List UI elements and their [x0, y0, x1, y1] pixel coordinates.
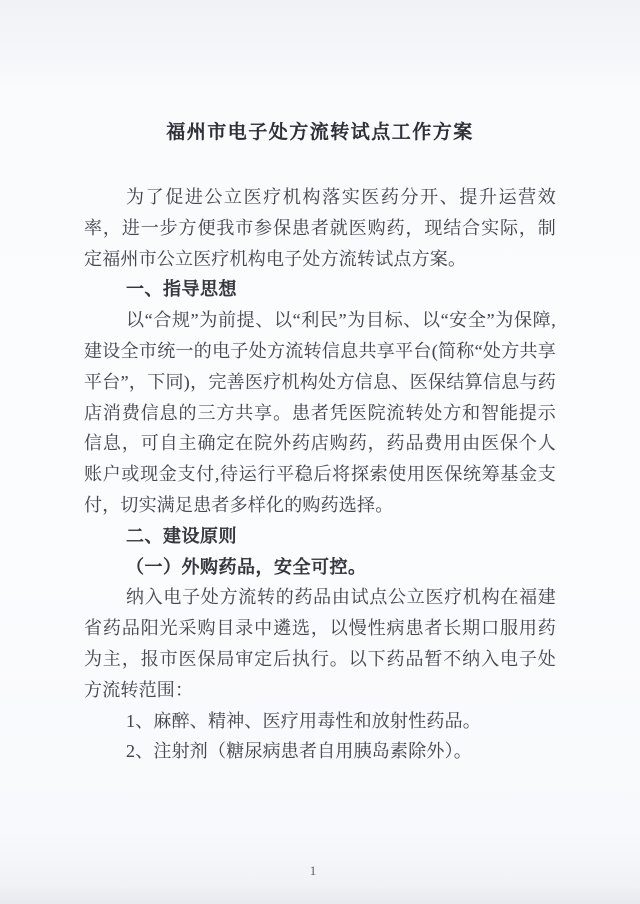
page-number: 1: [0, 864, 626, 878]
excluded-drug-item-2: 2、注射剂（糖尿病患者自用胰岛素除外）。: [84, 736, 556, 767]
excluded-drug-item-1: 1、麻醉、精神、医疗用毒性和放射性药品。: [84, 706, 556, 737]
document-title: 福州市电子处方流转试点工作方案: [84, 118, 556, 148]
section-2-heading: 二、建设原则: [84, 521, 556, 552]
section-2-body: 纳入电子处方流转的药品由试点公立医疗机构在福建省药品阳光采购目录中遴选，以慢性病…: [84, 582, 556, 705]
intro-paragraph: 为了促进公立医疗机构落实医药分开、提升运营效率，进一步方便我市参保患者就医购药，…: [84, 182, 556, 274]
section-1-heading: 一、指导思想: [84, 274, 556, 305]
section-1-body: 以“合规”为前提、以“利民”为目标、以“安全”为保障,建设全市统一的电子处方流转…: [84, 305, 556, 521]
scanned-document-page: 福州市电子处方流转试点工作方案 为了促进公立医疗机构落实医药分开、提升运营效率，…: [0, 0, 640, 904]
section-2-subheading: （一）外购药品，安全可控。: [84, 552, 556, 583]
